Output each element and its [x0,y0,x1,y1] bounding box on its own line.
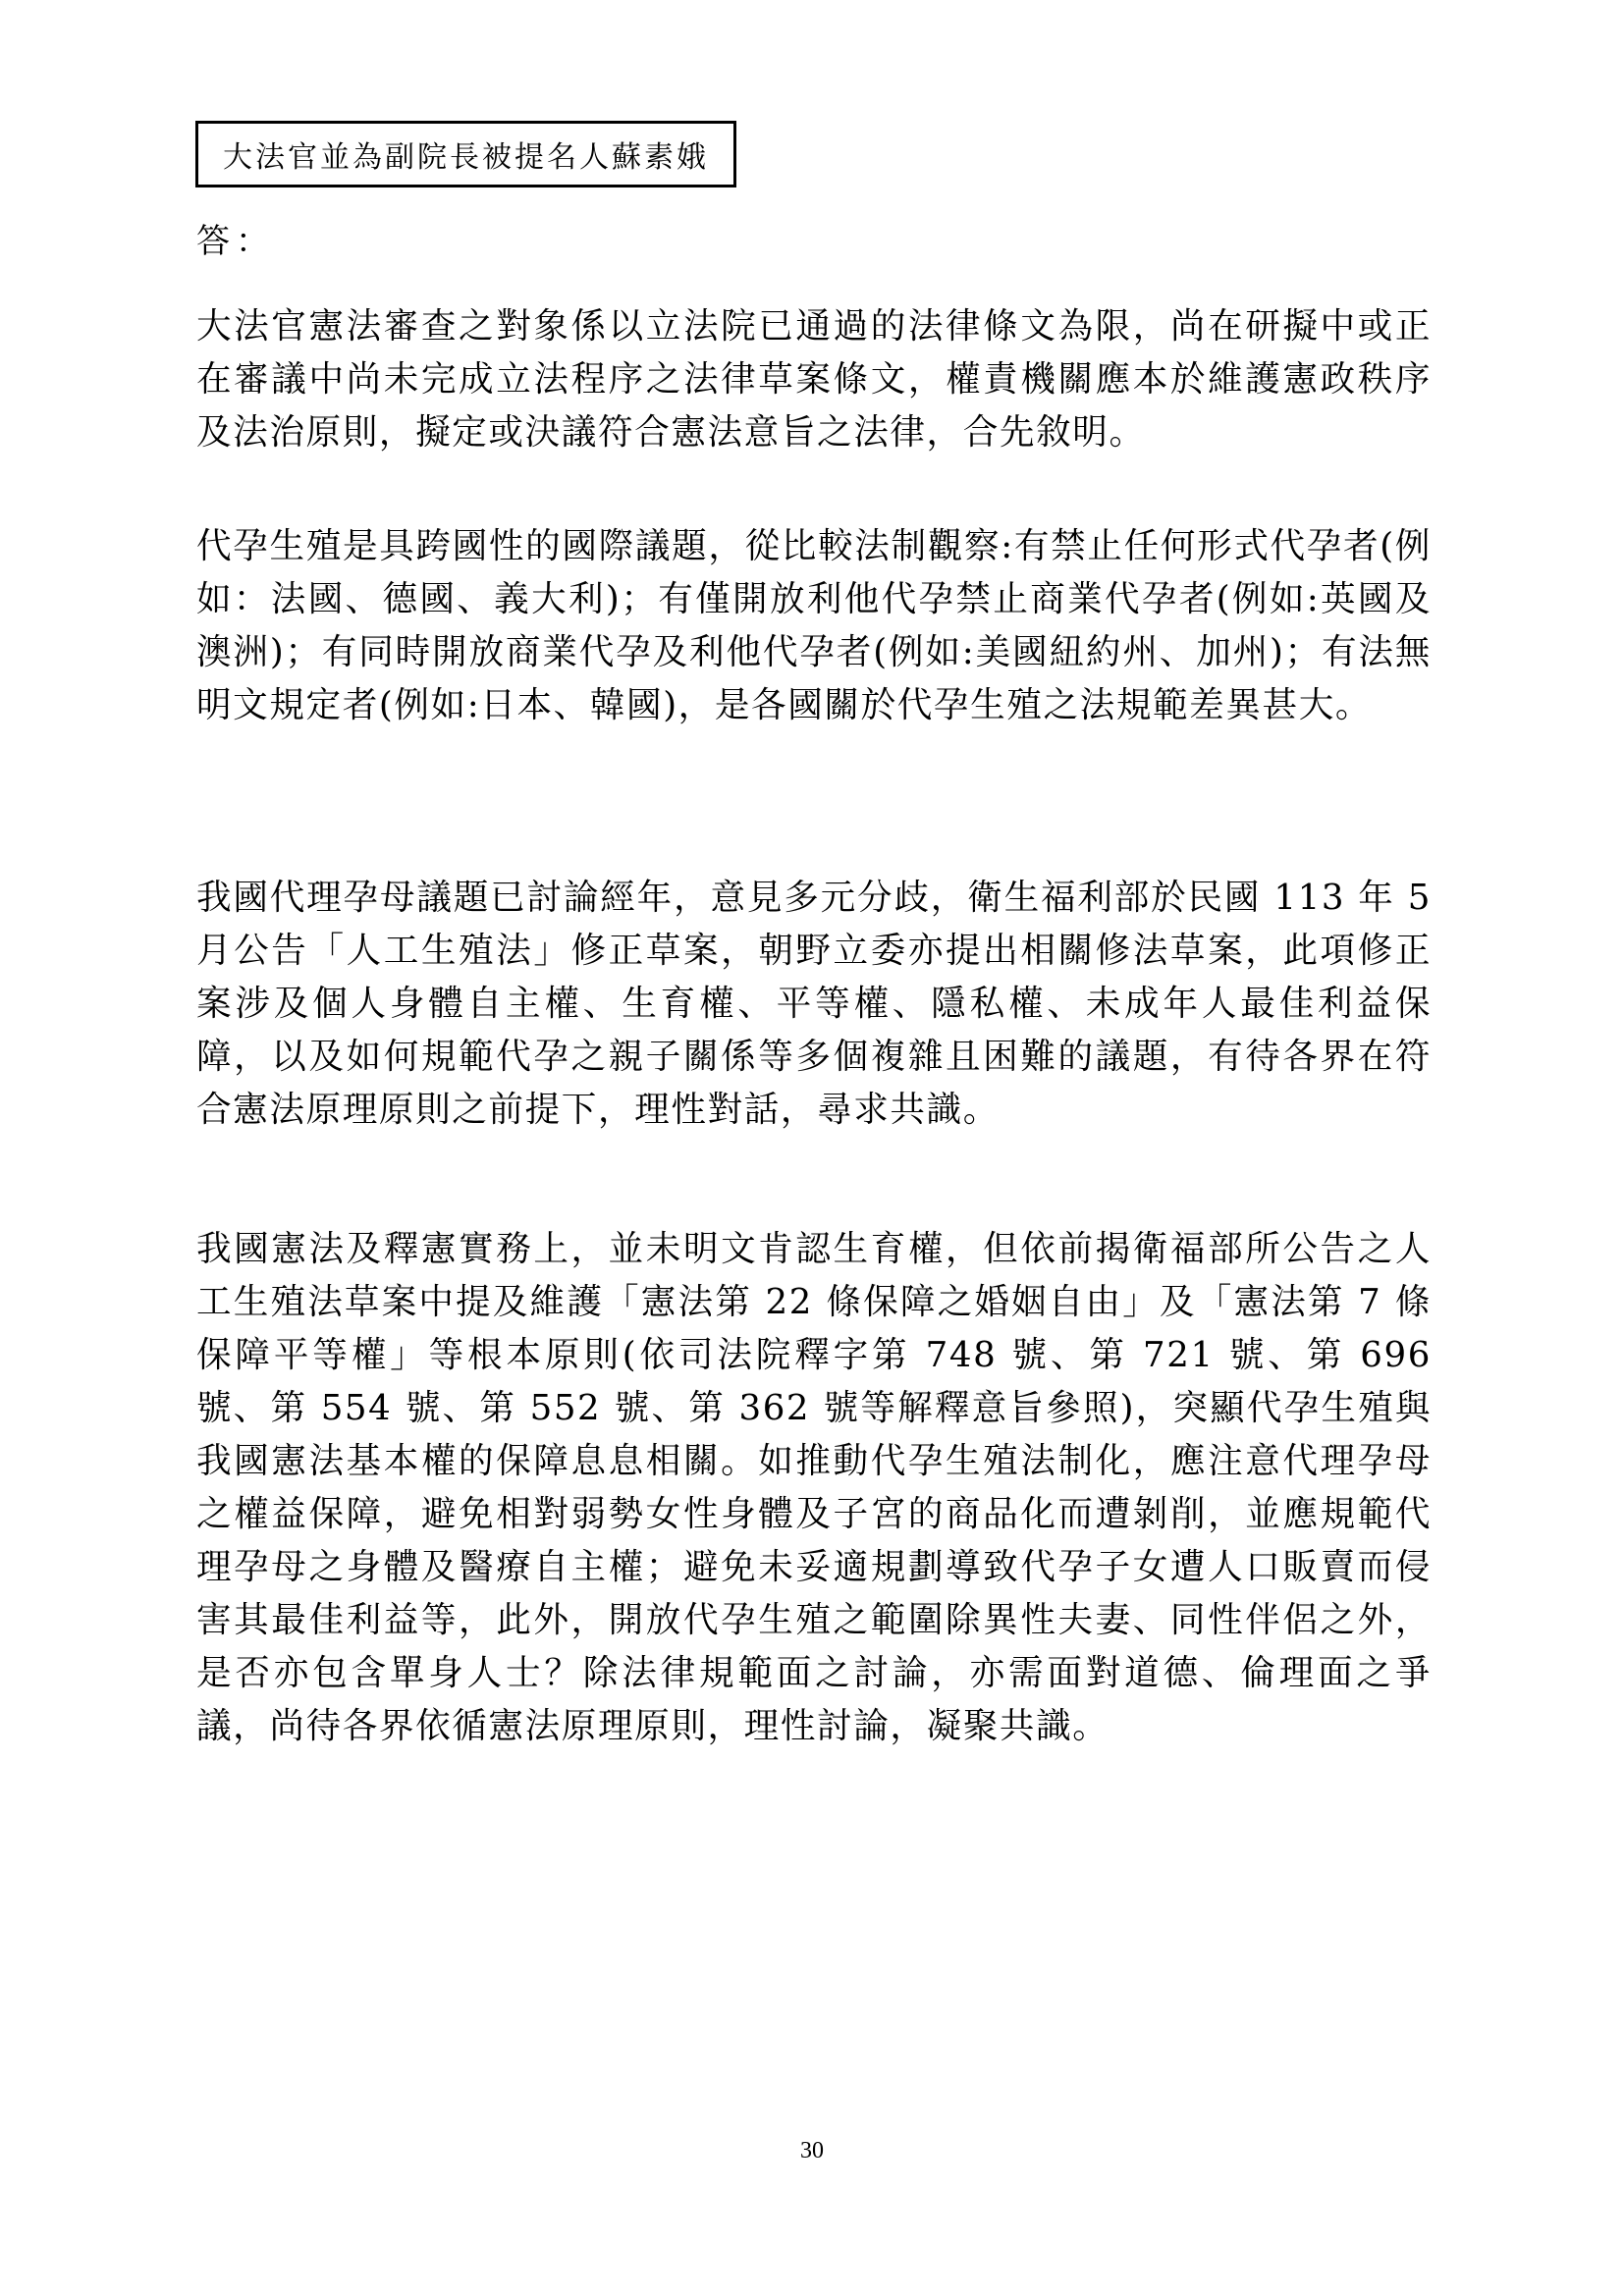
paragraph-domestic-debate: 我國代理孕母議題已討論經年，意見多元分歧，衛生福利部於民國 113 年 5 月公… [196,872,1432,1137]
document-page: 大法官並為副院長被提名人蘇素娥 答： 大法官憲法審查之對象係以立法院已通過的法律… [0,0,1624,2296]
paragraph-constitutional-rights: 我國憲法及釋憲實務上，並未明文肯認生育權，但依前揭衛福部所公告之人工生殖法草案中… [196,1223,1432,1753]
nominee-heading-box: 大法官並為副院長被提名人蘇素娥 [195,121,736,187]
paragraph-comparative-law: 代孕生殖是具跨國性的國際議題，從比較法制觀察:有禁止任何形式代孕者(例如：法國、… [196,520,1432,732]
page-number: 30 [0,2138,1624,2164]
answer-label: 答： [196,214,275,262]
nominee-heading-text: 大法官並為副院長被提名人蘇素娥 [223,133,709,176]
paragraph-constitutional-review-scope: 大法官憲法審查之對象係以立法院已通過的法律條文為限，尚在研擬中或正在審議中尚未完… [196,300,1432,459]
